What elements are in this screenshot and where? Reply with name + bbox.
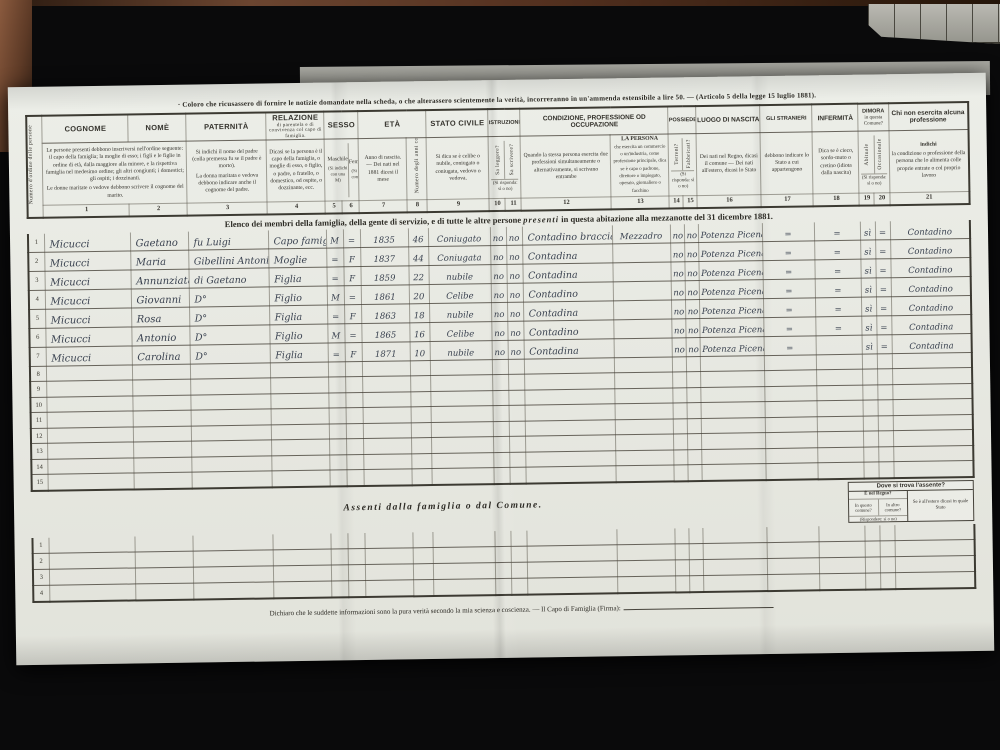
cell-condizione-professione: Contadina — [523, 301, 613, 321]
cell-la-persona — [617, 576, 675, 593]
cell-cognome — [46, 365, 132, 382]
cell-possiede-fabbricati: no — [684, 243, 698, 262]
cell-possiede-fabbricati — [689, 543, 703, 559]
cell-dimora-occasionale — [878, 462, 893, 478]
cell-la-persona — [615, 465, 673, 482]
cell-possiede-fabbricati — [687, 403, 701, 419]
row-number: 9 — [30, 382, 46, 398]
cell-la-persona — [615, 419, 673, 435]
cell-sa-scrivere: no — [506, 227, 522, 246]
cell-anni-compiuti — [410, 392, 430, 408]
cell-possiede-fabbricati — [689, 559, 703, 575]
row-number: 7 — [30, 347, 46, 366]
cell-sa-scrivere: no — [507, 302, 523, 321]
cell-stato-civile — [430, 360, 492, 376]
cell-stranieri — [765, 417, 817, 433]
cell-la-persona — [614, 357, 672, 373]
cell-sa-leggere: no — [492, 340, 508, 359]
cell-condizione-professione — [525, 404, 615, 421]
cell-infermita: = — [815, 316, 861, 336]
cell-stranieri: = — [762, 241, 814, 261]
col-abroad-state: Se è all'estero dicasi in quale Stato — [908, 490, 973, 521]
cell-condizione-professione — [525, 420, 615, 437]
cell-dimora-occasionale — [879, 525, 894, 541]
cell-paternita: D° — [189, 325, 269, 345]
cell-possiede-terreni — [672, 357, 686, 373]
cell-nome — [135, 551, 193, 568]
cell-anni-compiuti: 22 — [408, 266, 428, 285]
cell-sesso-m — [329, 455, 346, 471]
cell-dimora-abituale — [863, 416, 878, 432]
cell-dimora-occasionale: = — [876, 316, 891, 335]
cell-stranieri — [765, 432, 817, 448]
cell-sesso-f — [348, 549, 365, 565]
cell-sesso-m: M — [327, 286, 344, 305]
cell-luogo-di-nascita — [702, 527, 766, 543]
cell-sa-leggere — [494, 531, 510, 547]
header-paternita: PATERNITÀ — [186, 113, 266, 142]
cell-sa-scrivere — [508, 359, 524, 375]
cell-chi-non-esercita — [893, 461, 973, 478]
cell-infermita — [819, 541, 865, 558]
row-number: 6 — [29, 328, 45, 347]
cell-relazione — [270, 362, 328, 378]
cell-sa-leggere — [493, 437, 509, 453]
cell-sesso-f — [345, 377, 362, 393]
cell-stato-civile — [430, 391, 492, 407]
cell-dimora-occasionale — [880, 573, 895, 590]
cell-infermita — [818, 526, 864, 542]
cell-possiede-fabbricati — [688, 528, 702, 544]
cell-condizione-professione — [527, 561, 617, 578]
adjacent-sheet-fragment — [868, 4, 1000, 44]
cell-relazione — [270, 378, 328, 394]
cell-chi-non-esercita — [894, 524, 974, 541]
cell-sa-leggere: no — [490, 264, 506, 283]
cell-possiede-terreni — [673, 450, 687, 466]
cell-chi-non-esercita — [892, 352, 972, 369]
cell-possiede-terreni — [675, 544, 689, 560]
cell-relazione: Figlio — [269, 324, 327, 344]
cell-dimora-occasionale — [878, 416, 893, 432]
cell-la-persona — [615, 403, 673, 419]
desc-paternita: Si indichi il nome del padre (colla prem… — [187, 140, 268, 203]
cell-dimora-occasionale: = — [876, 297, 891, 316]
cell-nome: Maria — [130, 250, 188, 270]
cell-luogo-di-nascita — [700, 356, 764, 372]
cell-nome — [133, 426, 191, 442]
col-this-comune: In questo comune? — [849, 499, 879, 516]
cell-nome — [133, 442, 191, 458]
cell-stato-civile: Coniugata — [428, 246, 490, 266]
cell-condizione-professione: Contadina — [522, 263, 612, 283]
cell-sa-leggere — [492, 375, 508, 391]
cell-dimora-abituale — [863, 447, 878, 463]
cell-sa-leggere — [495, 562, 511, 578]
cell-condizione-professione — [524, 358, 614, 375]
desc-chi-non-esercita: indichila condizione o professione della… — [889, 130, 970, 193]
cell-chi-non-esercita — [892, 383, 972, 400]
cell-infermita — [816, 370, 862, 386]
cell-condizione-professione — [524, 373, 614, 390]
cell-la-persona — [615, 434, 673, 450]
cell-dimora-abituale: sì — [860, 221, 875, 240]
header-stato-civile: STATO CIVILE — [426, 110, 488, 138]
desc-istruzione: Sa leggere?Sa scrivere? (Si risponda: sì… — [489, 137, 522, 199]
cell-dimora-occasionale — [877, 369, 892, 385]
desc-anno-nascita: Anno di nascita. — Dei nati nel 1881 dic… — [359, 138, 408, 200]
cell-la-persona — [616, 528, 674, 544]
cell-sesso-f: F — [343, 267, 360, 286]
cell-luogo-di-nascita — [700, 371, 764, 387]
cell-stranieri: = — [764, 336, 816, 356]
cell-paternita — [191, 456, 271, 473]
cell-possiede-terreni — [674, 528, 688, 544]
cell-sesso-f — [347, 533, 364, 549]
cell-chi-non-esercita: Contadino — [890, 220, 970, 240]
cell-sa-leggere: no — [491, 283, 507, 302]
cell-condizione-professione — [526, 529, 616, 546]
row-number-column-header: Numero d'ordine delle persone — [26, 116, 44, 218]
cell-dimora-abituale — [865, 541, 880, 557]
cell-sa-scrivere — [509, 437, 525, 453]
cell-anni-compiuti — [412, 532, 432, 548]
cell-sesso-f — [348, 581, 365, 598]
cell-anni-compiuti: 46 — [408, 228, 428, 247]
row-number: 1 — [32, 538, 48, 554]
cell-condizione-professione: Contadino — [523, 320, 613, 340]
cell-stato-civile — [430, 375, 492, 391]
cell-luogo-di-nascita — [703, 575, 767, 592]
cell-stranieri: = — [762, 260, 814, 280]
cell-condizione-professione — [525, 451, 615, 468]
cell-stato-civile — [433, 579, 495, 596]
cell-la-persona — [612, 243, 670, 263]
cell-condizione-professione — [524, 389, 614, 406]
cell-nome — [134, 473, 192, 490]
row-number: 12 — [31, 428, 47, 444]
cell-infermita — [819, 557, 865, 574]
cell-sa-scrivere — [511, 578, 527, 595]
cell-anno-di-nascita: 1861 — [361, 285, 409, 305]
cell-possiede-terreni: no — [671, 300, 685, 319]
cell-dimora-occasionale: = — [875, 240, 890, 259]
cell-nome: Gaetano — [130, 232, 188, 251]
cell-sa-leggere — [493, 421, 509, 437]
cell-anni-compiuti — [411, 423, 431, 439]
census-form-1881: · Coloro che ricusassero di fornire le n… — [8, 73, 994, 665]
cell-cognome: Micucci — [44, 251, 130, 271]
cell-sesso-m — [331, 565, 348, 581]
cell-anni-compiuti — [411, 454, 431, 470]
cell-stato-civile — [431, 406, 493, 422]
cell-stato-civile — [431, 422, 493, 438]
cell-dimora-abituale — [865, 557, 880, 573]
cell-possiede-terreni: no — [672, 338, 686, 357]
cell-possiede-terreni — [675, 576, 689, 593]
cell-dimora-occasionale — [880, 557, 895, 573]
desc-dimora: AbitualeOccasionale (Si risponda: sì o n… — [859, 131, 890, 193]
cell-condizione-professione: Contadina — [522, 244, 612, 264]
cell-cognome — [47, 411, 133, 428]
row-number: 14 — [31, 459, 47, 475]
cell-cognome: Micucci — [45, 308, 131, 328]
desc-anni-compiuti: Numero degli anni compiuti — [407, 138, 428, 200]
cell-possiede-terreni — [672, 372, 686, 388]
cell-paternita: D° — [189, 287, 269, 307]
cell-paternita: Gibellini Antonio — [188, 249, 268, 269]
cell-possiede-fabbricati: no — [686, 338, 700, 357]
cell-sesso-f: = — [344, 324, 361, 343]
cell-condizione-professione — [525, 435, 615, 452]
cell-luogo-di-nascita — [701, 464, 765, 481]
cell-anni-compiuti — [413, 548, 433, 564]
cell-chi-non-esercita — [893, 399, 973, 416]
cell-dimora-abituale: sì — [861, 316, 876, 335]
cell-relazione: Moglie — [268, 248, 326, 268]
cell-sa-scrivere — [509, 406, 525, 422]
cell-anno-di-nascita — [362, 361, 410, 377]
cell-stranieri — [765, 401, 817, 417]
cell-stranieri — [766, 526, 818, 542]
cell-nome — [135, 567, 193, 584]
cell-relazione — [270, 393, 328, 409]
cell-anni-compiuti — [410, 376, 430, 392]
cell-dimora-abituale — [862, 385, 877, 401]
absent-title: Assenti dalla famiglia o dal Comune. — [32, 496, 854, 518]
cell-stranieri — [764, 370, 816, 386]
cell-sesso-m — [331, 549, 348, 565]
cell-relazione — [271, 424, 329, 440]
cell-dimora-occasionale — [877, 354, 892, 370]
row-number: 1 — [28, 234, 44, 253]
cell-luogo-di-nascita: Potenza Picena — [698, 242, 762, 262]
cell-stranieri — [765, 463, 817, 480]
cell-cognome — [46, 380, 132, 397]
desc-sesso: Maschile(Si indichi con una M) Femminile… — [325, 139, 360, 201]
cell-sesso-m — [329, 470, 346, 486]
cell-anni-compiuti — [411, 407, 431, 423]
row-number: 10 — [30, 397, 46, 413]
cell-la-persona — [612, 262, 670, 282]
cell-chi-non-esercita: Contadino — [890, 257, 970, 277]
cell-dimora-abituale — [865, 573, 880, 590]
header-luogo-nascita: LUOGO DI NASCITA — [696, 106, 760, 134]
cell-anno-di-nascita: 1871 — [362, 342, 410, 362]
cell-stato-civile — [432, 531, 494, 547]
cell-dimora-occasionale — [878, 400, 893, 416]
desc-la-persona: LA PERSONAche esercita un commercio o un… — [611, 134, 670, 196]
cell-sesso-m — [328, 377, 345, 393]
cell-sesso-f — [345, 393, 362, 409]
cell-cognome: Micucci — [46, 346, 132, 366]
cell-sesso-m — [328, 393, 345, 409]
cell-sa-scrivere — [511, 546, 527, 562]
desc-cognome-nome: Le persone presenti debbono inscriversi … — [43, 142, 188, 206]
wood-table-edge — [0, 0, 1000, 6]
cell-anno-di-nascita: 1835 — [360, 228, 408, 247]
cell-cognome — [47, 442, 133, 459]
cell-la-persona — [617, 544, 675, 561]
cell-paternita: fu Luigi — [188, 230, 268, 250]
cell-relazione — [272, 534, 330, 550]
cell-sesso-m: = — [327, 305, 344, 324]
row-number: 11 — [31, 413, 47, 429]
cell-paternita — [193, 550, 273, 567]
header-infermita: INFERMITÀ — [812, 104, 858, 132]
cell-possiede-terreni — [672, 388, 686, 404]
cell-sesso-f — [346, 424, 363, 440]
cell-stranieri: = — [763, 298, 815, 318]
desc-stato-civile: Si dica se è celibe o nubile, coniugato … — [427, 137, 490, 199]
cell-nome: Antonio — [131, 326, 189, 346]
header-istruzione: ISTRUZIONE — [488, 109, 520, 137]
cell-possiede-fabbricati — [686, 372, 700, 388]
cell-dimora-occasionale: = — [875, 259, 890, 278]
desc-stranieri: debbono indicare lo Stato a cui apparten… — [761, 132, 814, 194]
desc-relazione: Dicasi se la persona è il capo della fam… — [267, 139, 326, 201]
cell-paternita — [190, 378, 270, 395]
cell-infermita: = — [815, 278, 861, 298]
cell-anno-di-nascita — [365, 564, 413, 581]
cell-sesso-m — [329, 439, 346, 455]
cell-sesso-f — [346, 439, 363, 455]
cell-chi-non-esercita — [892, 368, 972, 385]
cell-paternita — [193, 582, 273, 600]
cell-condizione-professione — [527, 577, 617, 595]
cell-possiede-fabbricati: no — [684, 262, 698, 281]
cell-sesso-m — [328, 362, 345, 378]
row-number: 4 — [33, 585, 49, 602]
cell-anno-di-nascita — [363, 407, 411, 423]
cell-luogo-di-nascita: Potenza Picena — [700, 337, 764, 357]
cell-cognome — [46, 396, 132, 413]
cell-luogo-di-nascita: Potenza Picena — [698, 261, 762, 281]
cell-nome: Giovanni — [131, 288, 189, 308]
cell-paternita — [192, 534, 272, 551]
cell-anno-di-nascita — [363, 469, 411, 486]
cell-possiede-terreni: no — [671, 281, 685, 300]
where-box-regno: È nel Regno? In questo comune? In altro … — [849, 491, 908, 522]
cell-paternita — [191, 409, 271, 426]
cell-chi-non-esercita — [893, 414, 973, 431]
cell-luogo-di-nascita — [701, 418, 765, 434]
cell-possiede-fabbricati: no — [685, 300, 699, 319]
cell-dimora-abituale: sì — [860, 240, 875, 259]
cell-possiede-terreni — [673, 403, 687, 419]
cell-la-persona — [613, 319, 671, 339]
cell-possiede-fabbricati — [686, 388, 700, 404]
cell-paternita — [193, 566, 273, 583]
cell-la-persona: Mezzadro — [612, 224, 670, 243]
cell-dimora-abituale: sì — [861, 278, 876, 297]
cell-sesso-f — [346, 470, 363, 486]
cell-sa-scrivere: no — [508, 340, 524, 359]
cell-nome — [132, 395, 190, 411]
cell-stranieri: = — [763, 317, 815, 337]
cell-relazione — [271, 455, 329, 471]
cell-condizione-professione: Contadino bracciante — [522, 225, 612, 245]
cell-nome — [133, 457, 191, 473]
cell-sa-scrivere — [509, 468, 525, 484]
cell-sa-leggere: no — [490, 245, 506, 264]
row-number: 8 — [30, 366, 46, 382]
persons-table: 1MicucciGaetanofu LuigiCapo famigliaM=18… — [27, 220, 975, 492]
cell-possiede-terreni: no — [670, 243, 684, 262]
cell-sesso-m: M — [326, 229, 343, 248]
cell-sa-scrivere — [508, 375, 524, 391]
cell-relazione — [273, 565, 331, 582]
cell-possiede-fabbricati — [687, 465, 701, 481]
cell-chi-non-esercita: Contadina — [892, 333, 972, 353]
cell-luogo-di-nascita — [700, 387, 764, 403]
cell-cognome — [48, 536, 134, 553]
cell-possiede-fabbricati: no — [685, 319, 699, 338]
cell-sesso-m: = — [328, 343, 345, 362]
cell-dimora-abituale: sì — [861, 297, 876, 316]
cell-paternita — [191, 440, 271, 457]
cell-sa-leggere — [493, 452, 509, 468]
cell-dimora-abituale — [863, 462, 878, 478]
cell-chi-non-esercita — [895, 539, 975, 556]
cell-chi-non-esercita: Contadino — [890, 238, 970, 258]
cell-sa-leggere — [495, 546, 511, 562]
cell-luogo-di-nascita — [701, 449, 765, 465]
cell-anni-compiuti: 10 — [410, 342, 430, 361]
cell-anni-compiuti: 18 — [409, 304, 429, 323]
cell-anni-compiuti: 16 — [409, 323, 429, 342]
row-number: 4 — [29, 290, 45, 309]
cell-cognome — [47, 458, 133, 475]
cell-la-persona — [614, 338, 672, 358]
cell-possiede-terreni — [673, 434, 687, 450]
row-number: 15 — [32, 475, 48, 491]
cell-dimora-abituale — [863, 400, 878, 416]
cell-chi-non-esercita: Contadino — [891, 276, 971, 296]
cell-possiede-fabbricati — [687, 434, 701, 450]
cell-sa-leggere: no — [490, 227, 506, 246]
cell-sa-scrivere: no — [506, 245, 522, 264]
cell-dimora-occasionale: = — [875, 221, 890, 240]
cell-infermita: = — [814, 222, 860, 241]
cell-possiede-terreni — [673, 419, 687, 435]
row-number: 2 — [33, 553, 49, 569]
cell-luogo-di-nascita — [701, 433, 765, 449]
cell-luogo-di-nascita: Potenza Picena — [699, 318, 763, 338]
cell-anno-di-nascita — [362, 392, 410, 408]
cell-sa-leggere: no — [491, 302, 507, 321]
cell-la-persona — [613, 281, 671, 301]
cell-possiede-fabbricati — [686, 357, 700, 373]
cell-possiede-terreni: no — [670, 262, 684, 281]
cell-anni-compiuti: 44 — [408, 247, 428, 266]
col-other-comune: In altro comune? — [878, 499, 907, 516]
sheet-content: · Coloro che ricusassero di fornire le n… — [22, 79, 980, 659]
cell-sa-leggere — [493, 406, 509, 422]
cell-condizione-professione — [525, 466, 615, 483]
cell-nome — [135, 583, 193, 600]
cell-relazione — [273, 581, 331, 598]
cell-sa-scrivere: no — [507, 321, 523, 340]
cell-la-persona — [614, 388, 672, 404]
cell-nome — [133, 411, 191, 427]
header-stranieri: GLI STRANIERI — [760, 105, 812, 133]
cell-sesso-f — [346, 455, 363, 471]
cell-sa-scrivere — [510, 531, 526, 547]
cell-sesso-f: F — [345, 343, 362, 362]
cell-possiede-fabbricati — [687, 419, 701, 435]
cell-chi-non-esercita: Contadina — [891, 314, 971, 334]
